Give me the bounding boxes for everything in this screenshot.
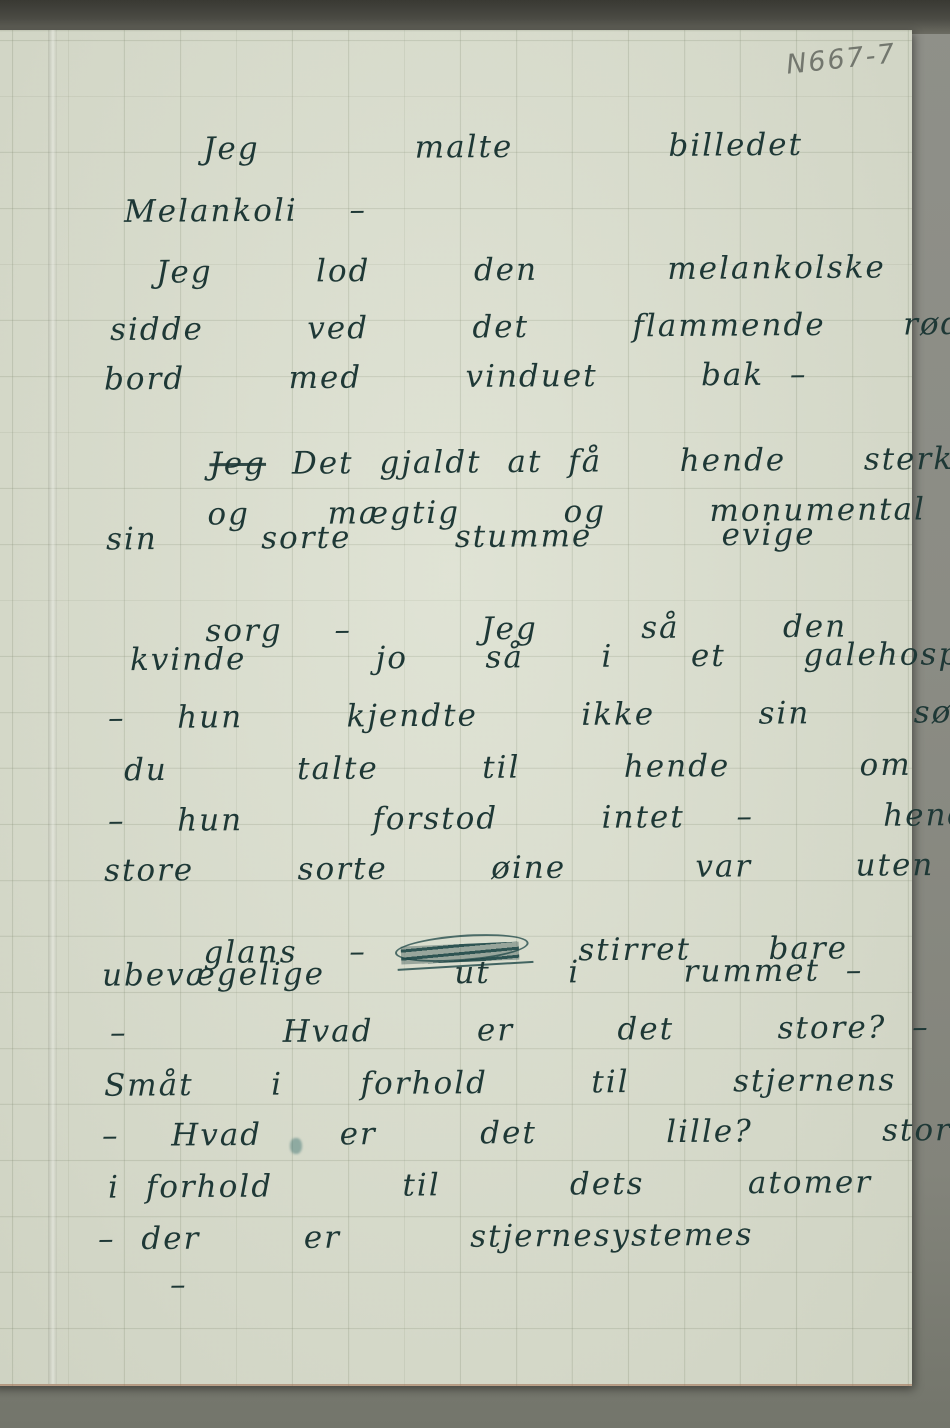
handwritten-line: sidde ved det flammende rød bbox=[110, 309, 950, 346]
handwritten-line: Melankoli – bbox=[124, 195, 367, 228]
handwritten-line: bord med vinduet bak – bbox=[104, 360, 808, 396]
handwritten-line: – Hvad er det lille? stort bbox=[102, 1115, 950, 1152]
handwritten-line: ubevægelige ut i rummet – bbox=[102, 955, 864, 991]
handwritten-line: Småt i forhold til stjernens bbox=[104, 1065, 897, 1102]
handwritten-line: sin sorte stumme evige bbox=[106, 520, 816, 556]
manuscript-paper: N667-7 Jeg malte billedet Melankoli – Je… bbox=[0, 30, 912, 1386]
handwritten-line: du talte til hende om – ud bbox=[124, 749, 950, 787]
handwritten-line: Jeg malte billedet bbox=[203, 130, 803, 165]
handwritten-line: kvinde jo så i et galehospital bbox=[130, 639, 950, 676]
handwritten-line: – der er stjernesystemes bbox=[98, 1220, 754, 1256]
handwritten-line: – bbox=[170, 1270, 188, 1301]
archive-number-label: N667-7 bbox=[785, 38, 898, 80]
scanner-backdrop-top-strip bbox=[0, 0, 950, 34]
handwritten-line: Jeg lod den melankolske bbox=[156, 252, 886, 288]
handwritten-line: – hun kjendte ikke sin søster bbox=[108, 697, 950, 734]
handwritten-line: i forhold til dets atomer bbox=[108, 1167, 872, 1203]
handwritten-line: – Hvad er det store? – d bbox=[110, 1012, 950, 1049]
ink-smudge bbox=[290, 1138, 302, 1154]
handwritten-line: – hun forstod intet – hendes bbox=[108, 800, 950, 837]
paper-fold-crease bbox=[48, 30, 57, 1384]
handwritten-line: store sorte øine var uten bbox=[104, 850, 935, 887]
